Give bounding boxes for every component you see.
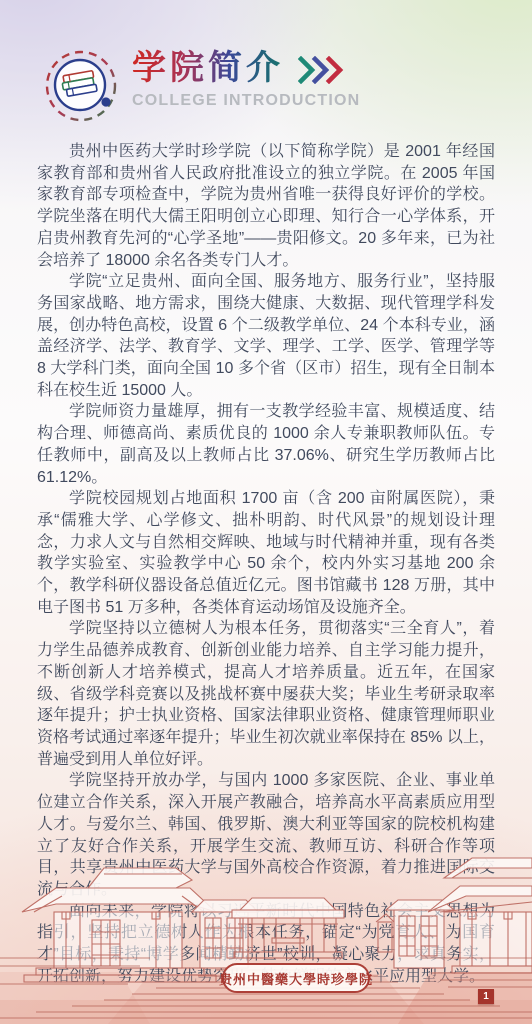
page-number-badge: 1: [478, 989, 494, 1004]
paragraph-5: 学院坚持以立德树人为根本任务，贯彻落实“三全育人”，着力学生品德养成教育、创新创…: [37, 618, 495, 770]
header-text: 学院简介 COLLEGE INTRODUCTION: [132, 46, 360, 110]
campus-illustration: [0, 854, 532, 1024]
page-subtitle: COLLEGE INTRODUCTION: [132, 92, 360, 110]
triple-chevron-icon: [298, 56, 350, 84]
brochure-page: 学院简介 COLLEGE INTRODUCTION 贵州中医药大学时珍学院（以下…: [0, 0, 532, 1024]
page-title: 学院简介: [132, 46, 284, 90]
page-number-text: 1: [483, 991, 489, 1002]
paragraph-3: 学院师资力量雄厚，拥有一支教学经验丰富、规模适度、结构合理、师德高尚、素质优良的…: [37, 401, 495, 488]
books-icon: [44, 48, 120, 124]
paragraph-4: 学院校园规划占地面积 1700 亩（含 200 亩附属医院），秉承“儒雅大学、心…: [37, 488, 495, 618]
page-header: 学院简介 COLLEGE INTRODUCTION: [44, 46, 502, 124]
college-name-banner: 贵州中醫藥大學時珍學院: [222, 963, 370, 993]
college-name-text: 贵州中醫藥大學時珍學院: [219, 969, 373, 988]
paragraph-1: 贵州中医药大学时珍学院（以下简称学院）是 2001 年经国家教育部和贵州省人民政…: [37, 141, 495, 271]
paragraph-2: 学院“立足贵州、面向全国、服务地方、服务行业”，坚持服务国家战略、地方需求，围绕…: [37, 271, 495, 401]
